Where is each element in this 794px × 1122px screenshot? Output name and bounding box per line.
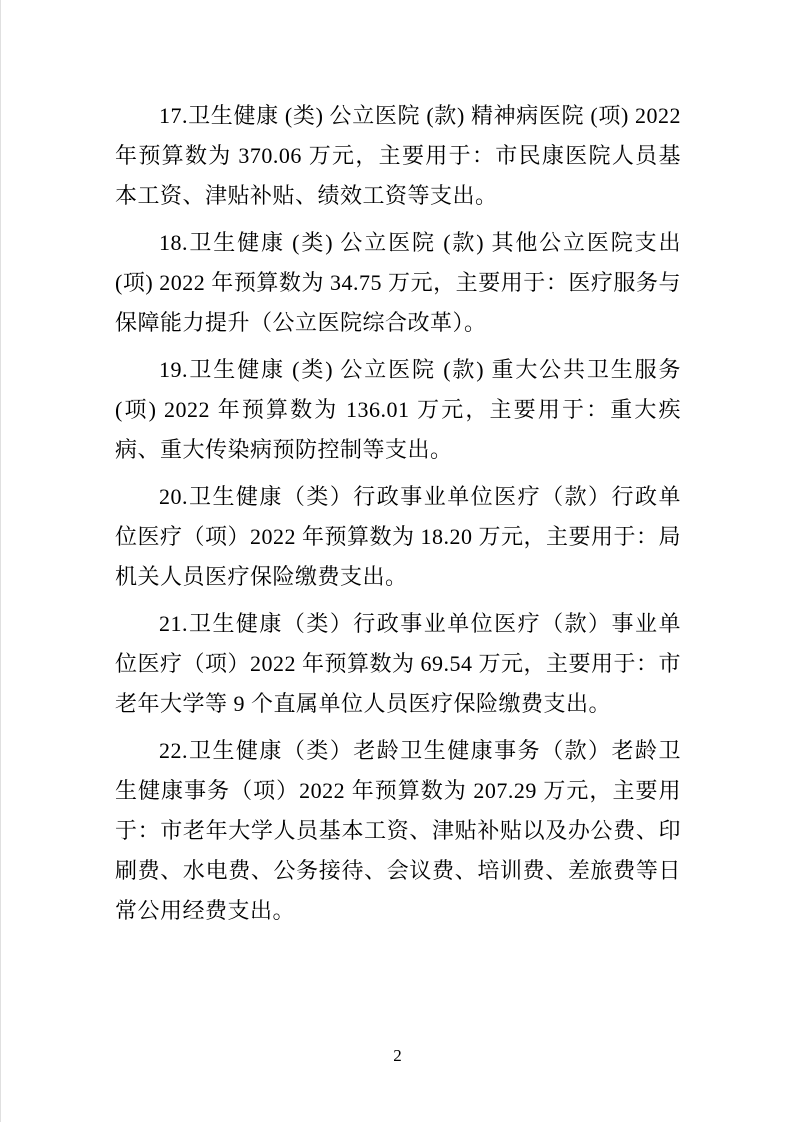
budget-paragraph-20: 20.卫生健康（类）行政事业单位医疗（款）行政单位医疗（项）2022 年预算数为… [115, 477, 681, 597]
budget-paragraph-19: 19.卫生健康 (类) 公立医院 (款) 重大公共卫生服务 (项) 2022 年… [115, 350, 681, 470]
budget-paragraph-18: 18.卫生健康 (类) 公立医院 (款) 其他公立医院支出 (项) 2022 年… [115, 223, 681, 343]
document-page: 17.卫生健康 (类) 公立医院 (款) 精神病医院 (项) 2022 年预算数… [0, 0, 794, 1122]
budget-paragraph-22: 22.卫生健康（类）老龄卫生健康事务（款）老龄卫生健康事务（项）2022 年预算… [115, 731, 681, 931]
page-footer: 2 [1, 1046, 794, 1066]
document-body: 17.卫生健康 (类) 公立医院 (款) 精神病医院 (项) 2022 年预算数… [115, 96, 681, 938]
page-number: 2 [393, 1046, 402, 1065]
budget-paragraph-17: 17.卫生健康 (类) 公立医院 (款) 精神病医院 (项) 2022 年预算数… [115, 96, 681, 216]
budget-paragraph-21: 21.卫生健康（类）行政事业单位医疗（款）事业单位医疗（项）2022 年预算数为… [115, 604, 681, 724]
